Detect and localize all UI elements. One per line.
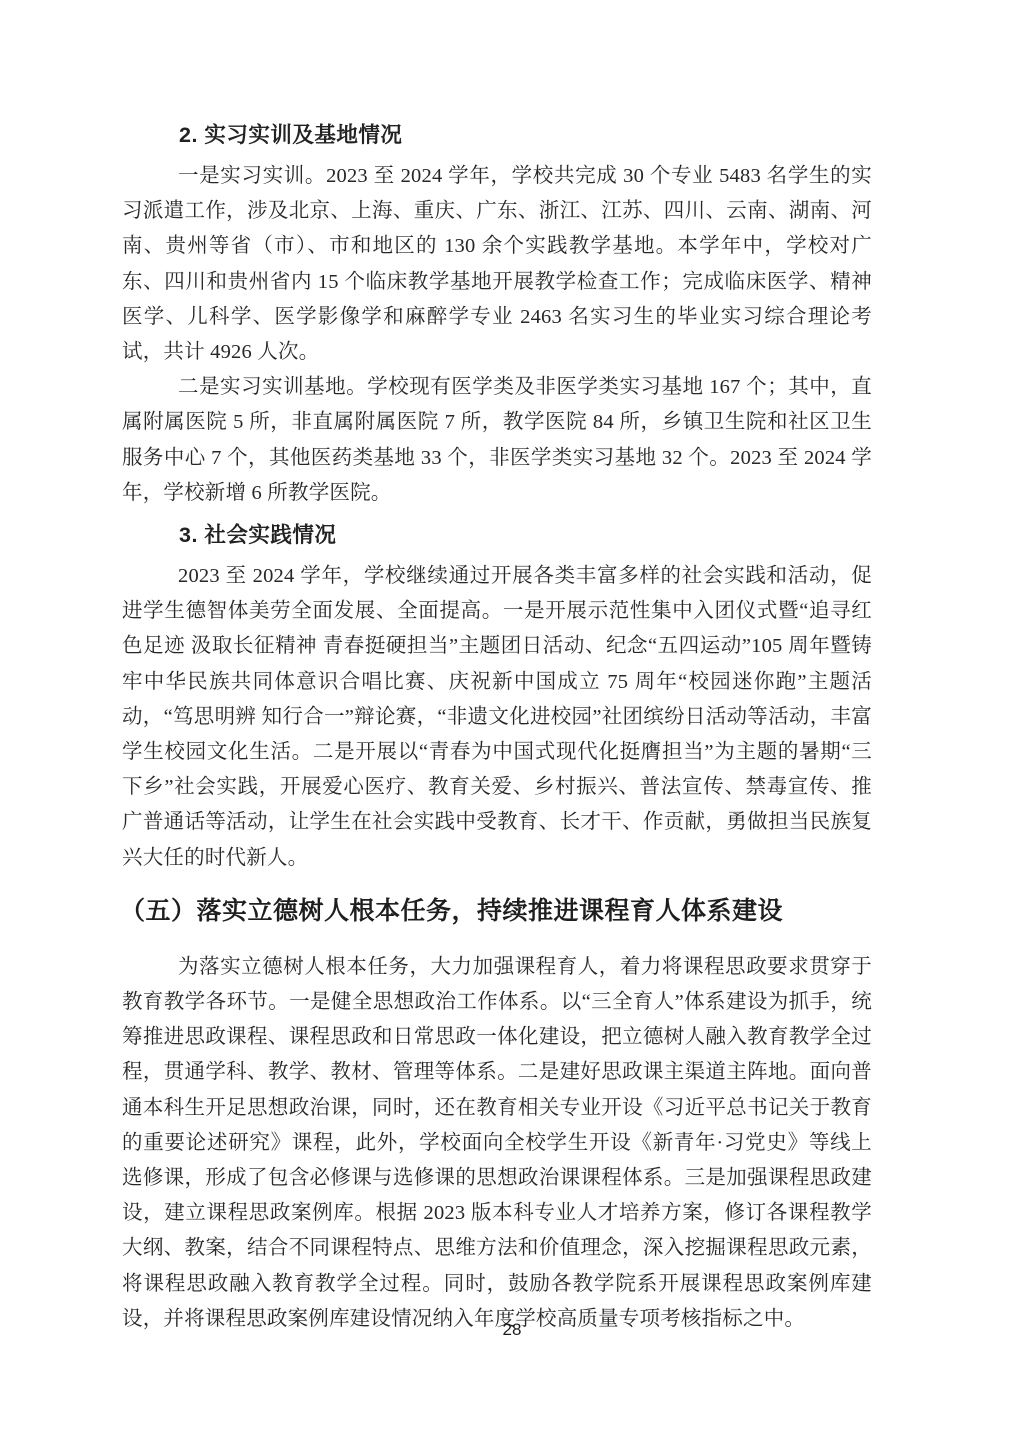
document-page: 2. 实习实训及基地情况 一是实习实训。2023 至 2024 学年，学校共完成… (0, 0, 1024, 1448)
paragraph-training-bases: 二是实习实训基地。学校现有医学类及非医学类实习基地 167 个；其中，直属附属医… (122, 370, 872, 511)
subheading-social-practice: 3. 社会实践情况 (122, 518, 872, 553)
document-body: 2. 实习实训及基地情况 一是实习实训。2023 至 2024 学年，学校共完成… (122, 118, 872, 1337)
paragraph-social-practice: 2023 至 2024 学年，学校继续通过开展各类丰富多样的社会实践和活动，促进… (122, 559, 872, 876)
paragraph-curriculum-education: 为落实立德树人根本任务，大力加强课程育人，着力将课程思政要求贯穿于教育教学各环节… (122, 950, 872, 1337)
paragraph-internship-training: 一是实习实训。2023 至 2024 学年，学校共完成 30 个专业 5483 … (122, 159, 872, 370)
subheading-practical-training: 2. 实习实训及基地情况 (122, 118, 872, 153)
section-heading-curriculum-education: （五）落实立德树人根本任务，持续推进课程育人体系建设 (120, 894, 872, 928)
page-number: 28 (0, 1320, 1024, 1340)
